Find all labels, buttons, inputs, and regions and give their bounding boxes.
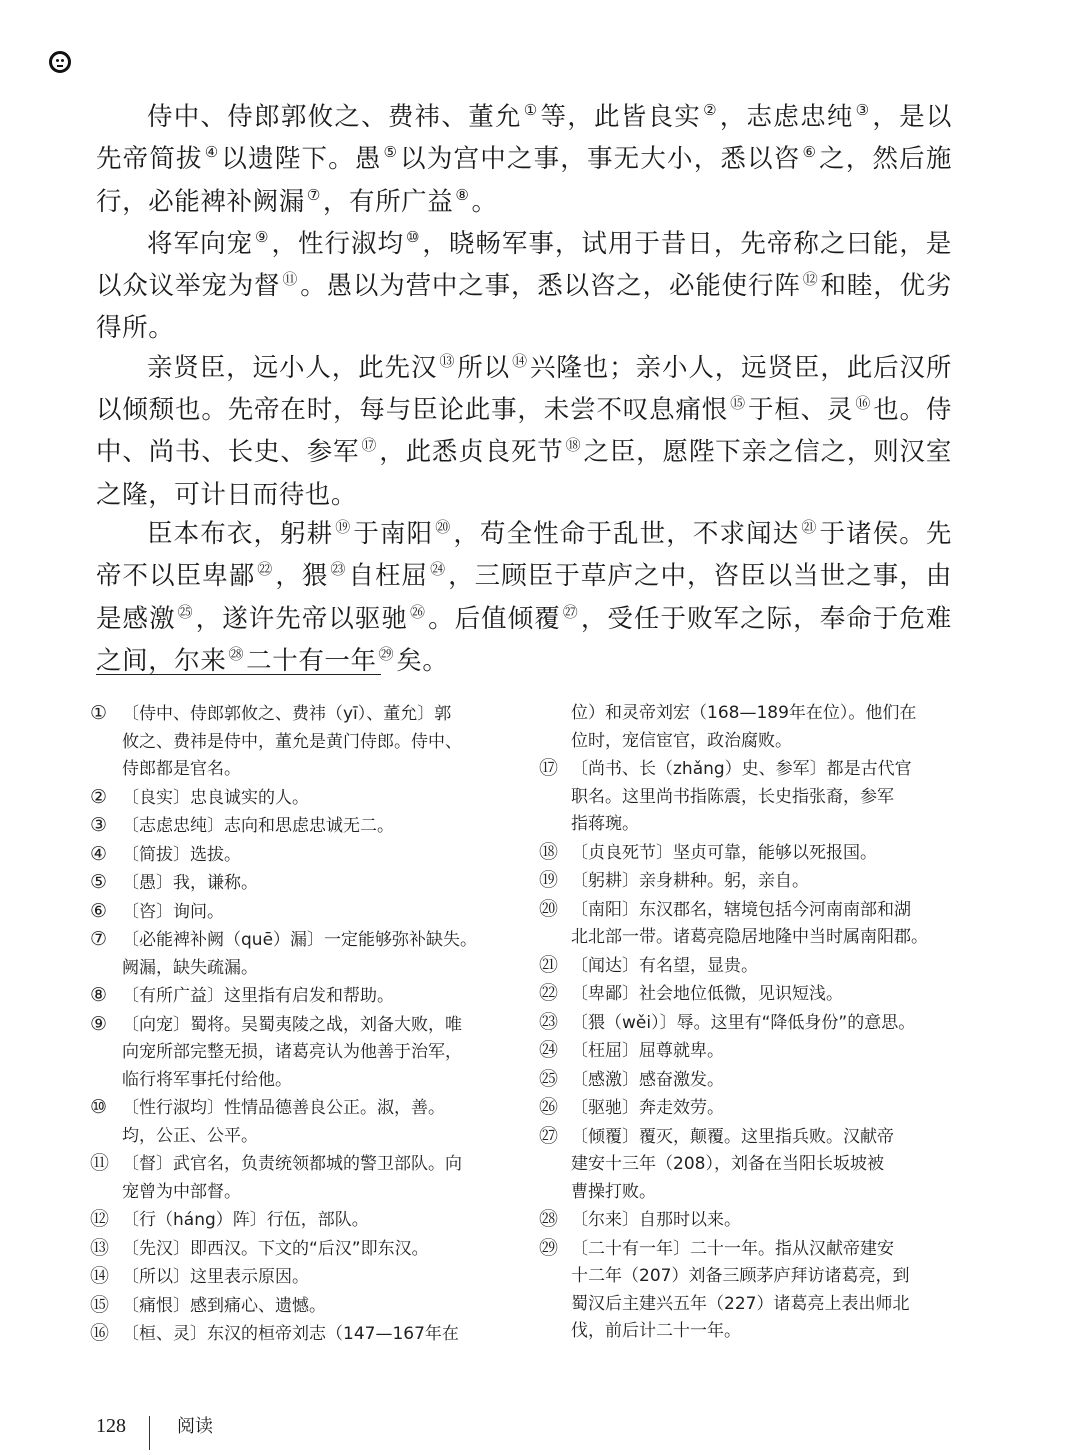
- footnote-text: 〔感激〕感奋激发。: [571, 1070, 724, 1090]
- footnote-continuation: 阙漏，缺失疏漏。: [90, 955, 510, 983]
- footnote-ref[interactable]: ⑲: [335, 518, 351, 536]
- footnote-text: 攸之、费祎是侍中，董允是黄门侍郎。侍中、: [122, 732, 462, 752]
- footnote-text: 〔卑鄙〕社会地位低微，见识短浅。: [571, 984, 843, 1004]
- footnote-ref[interactable]: ㉒: [257, 560, 273, 578]
- footnote-ref[interactable]: ⑮: [730, 394, 746, 412]
- footnote-ref[interactable]: ②: [703, 101, 718, 119]
- footnote-continuation: 伐，前后计二十一年。: [539, 1318, 959, 1346]
- paragraph: 侍中、侍郎郭攸之、费祎、董允①等，此皆良实②，志虑忠纯③，是以先帝简拔④以遗陛下…: [96, 98, 952, 225]
- paragraph: 臣本布衣，躬耕⑲于南阳⑳，苟全性命于乱世，不求闻达㉑于诸侯。先帝不以臣卑鄙㉒，猥…: [96, 515, 952, 684]
- footnote-ref[interactable]: ⑪: [282, 270, 298, 288]
- footnote-continuation: 宠曾为中部督。: [90, 1179, 510, 1207]
- footnote-text: 阙漏，缺失疏漏。: [122, 958, 258, 978]
- footnotes-right-column: 位）和灵帝刘宏（168—189年在位）。他们在位时，宠信宦官，政治腐败。⑰〔尚书…: [539, 700, 959, 1346]
- footnote-number: ⑲: [539, 867, 571, 895]
- footnote-item: ⑭〔所以〕这里表示原因。: [90, 1263, 510, 1292]
- footnote-text: 〔尚书、长（zhǎng）史、参军〕都是古代官: [571, 759, 912, 779]
- text-segment: 以为宫中之事，事无大小，悉以咨: [400, 144, 800, 174]
- footnote-continuation: 职名。这里尚书指陈震，长史指张裔，参军: [539, 784, 959, 812]
- footnote-number: ⑨: [90, 1011, 122, 1039]
- footnote-continuation: 曹操打败。: [539, 1179, 959, 1207]
- footnote-text: 〔躬耕〕亲身耕种。躬，亲自。: [571, 871, 809, 891]
- main-text: 侍中、侍郎郭攸之、费祎、董允①等，此皆良实②，志虑忠纯③，是以先帝简拔④以遗陛下…: [96, 98, 952, 684]
- footnote-text: 〔倾覆〕覆灭，颠覆。这里指兵败。汉献帝: [571, 1127, 894, 1147]
- footnote-text: 〔南阳〕东汉郡名，辖境包括今河南南部和湖: [571, 900, 911, 920]
- footnote-item: ⑯〔桓、灵〕东汉的桓帝刘志（147—167年在: [90, 1320, 510, 1349]
- footnote-text: 〔良实〕忠良诚实的人。: [122, 788, 309, 808]
- footnote-text: 十二年（207）刘备三顾茅庐拜访诸葛亮，到: [571, 1266, 909, 1286]
- text-segment: ，志虑忠纯: [720, 102, 854, 132]
- face-eye-left: [56, 59, 59, 62]
- footnote-text: 侍郎都是官名。: [122, 759, 241, 779]
- footnote-item: ⑤〔愚〕我，谦称。: [90, 869, 510, 898]
- text-segment: ，苟全性命于乱世，不求闻达: [453, 519, 799, 549]
- footnote-item: ㉕〔感激〕感奋激发。: [539, 1066, 959, 1095]
- footnote-item: ㉒〔卑鄙〕社会地位低微，见识短浅。: [539, 980, 959, 1009]
- footnote-ref[interactable]: ⑤: [384, 143, 399, 161]
- page-number: 128: [96, 1415, 126, 1438]
- footnote-text: 宠曾为中部督。: [122, 1182, 241, 1202]
- text-segment: 亲贤臣，远小人，此先汉: [147, 353, 437, 383]
- footnote-number: ⑬: [90, 1235, 122, 1263]
- footnote-item: ⑦〔必能裨补阙（quē）漏〕一定能够弥补缺失。: [90, 926, 510, 955]
- footnote-text: 〔必能裨补阙（quē）漏〕一定能够弥补缺失。: [122, 930, 477, 950]
- footnote-item: ㉙〔二十有一年〕二十一年。指从汉献帝建安: [539, 1235, 959, 1264]
- footnote-item: ②〔良实〕忠良诚实的人。: [90, 784, 510, 813]
- footnote-number: ⑤: [90, 869, 122, 897]
- footnote-text: 曹操打败。: [571, 1182, 656, 1202]
- footnote-number: ⑭: [90, 1263, 122, 1291]
- footnote-text: 〔闻达〕有名望，显贵。: [571, 956, 758, 976]
- footnote-number: ⑩: [90, 1094, 122, 1122]
- footnote-item: ⑪〔督〕武官名，负责统领都城的警卫部队。向: [90, 1150, 510, 1179]
- footnotes-left-column: ①〔侍中、侍郎郭攸之、费祎（yī）、董允〕郭攸之、费祎是侍中，董允是黄门侍郎。侍…: [90, 700, 510, 1349]
- footnote-text: 〔贞良死节〕坚贞可靠，能够以死报国。: [571, 843, 877, 863]
- footnote-text: 〔猥（wěi）〕辱。这里有“降低身份”的意思。: [571, 1013, 915, 1033]
- footnote-item: ㉗〔倾覆〕覆灭，颠覆。这里指兵败。汉献帝: [539, 1123, 959, 1152]
- footnote-text: 蜀汉后主建兴五年（227）诸葛亮上表出师北: [571, 1294, 909, 1314]
- footnote-item: ⑲〔躬耕〕亲身耕种。躬，亲自。: [539, 867, 959, 896]
- footnote-text: 伐，前后计二十一年。: [571, 1321, 741, 1341]
- text-segment: ，猥: [275, 561, 328, 591]
- footnote-number: ②: [90, 784, 122, 812]
- face-eye-right: [61, 59, 64, 62]
- footnote-item: 位）和灵帝刘宏（168—189年在位）。他们在: [539, 700, 959, 728]
- footnote-item: ㉘〔尔来〕自那时以来。: [539, 1206, 959, 1235]
- text-segment: ，性行淑均: [271, 229, 404, 259]
- footnote-ref[interactable]: ⑫: [803, 270, 819, 288]
- footnote-number: ⑪: [90, 1150, 122, 1178]
- text-segment: ，此悉贞良死节: [379, 437, 563, 467]
- footnote-ref[interactable]: ㉓: [330, 560, 346, 578]
- footnote-number: ⑯: [90, 1320, 122, 1348]
- footnote-text: 指蒋琬。: [571, 814, 639, 834]
- footnote-text: 〔愚〕我，谦称。: [122, 873, 258, 893]
- text-segment: 于南阳: [353, 519, 433, 549]
- footnote-text: 〔有所广益〕这里指有启发和帮助。: [122, 986, 394, 1006]
- footnote-number: ⑳: [539, 896, 571, 924]
- footnote-ref[interactable]: ⑬: [439, 352, 455, 370]
- text-segment: 矣。: [396, 646, 448, 676]
- footnote-item: ㉓〔猥（wěi）〕辱。这里有“降低身份”的意思。: [539, 1009, 959, 1038]
- text-segment: 。: [471, 187, 497, 217]
- footnote-text: 〔驱驰〕奔走效劳。: [571, 1098, 724, 1118]
- footnote-number: ⑮: [90, 1292, 122, 1320]
- text-segment: 侍中、侍郎郭攸之、费祎、董允: [147, 102, 522, 132]
- footnote-continuation: 位时，宠信宦官，政治腐败。: [539, 728, 959, 756]
- text-segment: 于桓、灵: [748, 395, 853, 425]
- footnote-continuation: 指蒋琬。: [539, 811, 959, 839]
- footnote-ref[interactable]: ⑦: [307, 186, 321, 204]
- footnote-text: 〔志虑忠纯〕志向和思虑忠诚无二。: [122, 816, 394, 836]
- text-segment: 自枉屈: [348, 561, 428, 591]
- footnote-number: ⑱: [539, 839, 571, 867]
- footnote-text: 位时，宠信宦官，政治腐败。: [571, 731, 792, 751]
- footnote-item: ⑥〔咨〕询问。: [90, 898, 510, 927]
- footnote-continuation: 十二年（207）刘备三顾茅庐拜访诸葛亮，到: [539, 1263, 959, 1291]
- footnote-ref[interactable]: ③: [856, 101, 871, 119]
- footnote-ref[interactable]: ①: [524, 101, 539, 119]
- footnote-continuation: 建安十三年（208），刘备在当阳长坂坡被: [539, 1151, 959, 1179]
- footnote-ref[interactable]: ⑨: [255, 228, 269, 246]
- footnote-item: ⑨〔向宠〕蜀将。吴蜀夷陵之战，刘备大败，唯: [90, 1011, 510, 1040]
- footnote-number: ㉘: [539, 1206, 571, 1234]
- footnote-divider: [96, 674, 381, 675]
- text-segment: 将军向宠: [147, 229, 253, 259]
- text-segment: ，遂许先帝以驱驰: [196, 604, 408, 634]
- text-segment: 臣本布衣，躬耕: [147, 519, 333, 549]
- footnote-item: ⑳〔南阳〕东汉郡名，辖境包括今河南南部和湖: [539, 896, 959, 925]
- footnote-continuation: 均，公正、公平。: [90, 1123, 510, 1151]
- page-footer: 128 阅读: [96, 1410, 213, 1444]
- footnote-text: 〔所以〕这里表示原因。: [122, 1267, 309, 1287]
- footnote-text: 〔枉屈〕屈尊就卑。: [571, 1041, 724, 1061]
- footnote-continuation: 蜀汉后主建兴五年（227）诸葛亮上表出师北: [539, 1291, 959, 1319]
- footnote-number: ㉓: [539, 1009, 571, 1037]
- footnote-ref[interactable]: ⑳: [435, 518, 451, 536]
- footnote-ref[interactable]: ㉙: [379, 645, 395, 663]
- footnote-text: 〔桓、灵〕东汉的桓帝刘志（147—167年在: [122, 1324, 459, 1344]
- footnote-ref[interactable]: ⑩: [406, 228, 420, 246]
- footnote-text: 〔先汉〕即西汉。下文的“后汉”即东汉。: [122, 1239, 429, 1259]
- footnote-number: ⑦: [90, 926, 122, 954]
- footnote-text: 〔向宠〕蜀将。吴蜀夷陵之战，刘备大败，唯: [122, 1015, 462, 1035]
- text-segment: 以遗陛下。愚: [221, 144, 381, 174]
- footnote-text: 〔简拔〕选拔。: [122, 845, 241, 865]
- footnote-number: ㉗: [539, 1123, 571, 1151]
- footnote-item: ⑱〔贞良死节〕坚贞可靠，能够以死报国。: [539, 839, 959, 868]
- footnote-number: ⑥: [90, 898, 122, 926]
- footnote-text: 〔咨〕询问。: [122, 902, 224, 922]
- footnote-item: ④〔简拔〕选拔。: [90, 841, 510, 870]
- footnote-item: ③〔志虑忠纯〕志向和思虑忠诚无二。: [90, 812, 510, 841]
- footnote-ref[interactable]: ㉗: [563, 603, 579, 621]
- footnote-text: 〔侍中、侍郎郭攸之、费祎（yī）、董允〕郭: [122, 704, 451, 724]
- footnote-ref[interactable]: ㉘: [229, 645, 245, 663]
- footer-divider: [149, 1416, 150, 1450]
- footnote-number: ⑧: [90, 982, 122, 1010]
- footnote-number: ⑫: [90, 1206, 122, 1234]
- footnote-ref[interactable]: ④: [205, 143, 220, 161]
- face-mouth: [57, 65, 63, 67]
- text-segment: 。后值倾覆: [428, 604, 561, 634]
- footnote-number: ④: [90, 841, 122, 869]
- footnote-item: ①〔侍中、侍郎郭攸之、费祎（yī）、董允〕郭: [90, 700, 510, 729]
- footnote-continuation: 向宠所部完整无损，诸葛亮认为他善于治军，: [90, 1039, 510, 1067]
- footnote-item: ⑬〔先汉〕即西汉。下文的“后汉”即东汉。: [90, 1235, 510, 1264]
- footnote-ref[interactable]: ㉕: [178, 603, 194, 621]
- footnote-continuation: 侍郎都是官名。: [90, 756, 510, 784]
- footnote-ref[interactable]: ㉖: [410, 603, 426, 621]
- footnote-text: 〔尔来〕自那时以来。: [571, 1210, 741, 1230]
- footnote-ref[interactable]: ⑧: [455, 186, 469, 204]
- footnote-number: ㉖: [539, 1094, 571, 1122]
- footnote-item: ⑫〔行（háng）阵〕行伍，部队。: [90, 1206, 510, 1235]
- footnote-text: 〔痛恨〕感到痛心、遗憾。: [122, 1296, 326, 1316]
- text-segment: 二十有一年: [246, 646, 377, 676]
- footnote-text: 〔性行淑均〕性情品德善良公正。淑，善。: [122, 1098, 445, 1118]
- footnote-continuation: 临行将军事托付给他。: [90, 1067, 510, 1095]
- footnote-continuation: 攸之、费祎是侍中，董允是黄门侍郎。侍中、: [90, 729, 510, 757]
- footnote-number: ㉙: [539, 1235, 571, 1263]
- footnote-text: 职名。这里尚书指陈震，长史指张裔，参军: [571, 787, 894, 807]
- footnote-ref[interactable]: ⑱: [566, 436, 582, 454]
- footnote-number: ③: [90, 812, 122, 840]
- footnote-number: ㉑: [539, 952, 571, 980]
- footnote-ref[interactable]: ㉔: [430, 560, 446, 578]
- footnote-number: ㉕: [539, 1066, 571, 1094]
- footnote-text: 均，公正、公平。: [122, 1126, 258, 1146]
- footnote-continuation: 北北部一带。诸葛亮隐居地隆中当时属南阳郡。: [539, 924, 959, 952]
- section-label: 阅读: [177, 1412, 213, 1438]
- footnote-item: ㉑〔闻达〕有名望，显贵。: [539, 952, 959, 981]
- footnote-ref[interactable]: ⑥: [802, 143, 817, 161]
- footnote-text: 〔行（háng）阵〕行伍，部队。: [122, 1210, 369, 1230]
- footnote-text: 向宠所部完整无损，诸葛亮认为他善于治军，: [122, 1042, 462, 1062]
- text-segment: 。愚以为营中之事，悉以咨之，必能使行阵: [300, 271, 800, 301]
- footnote-text: 建安十三年（208），刘备在当阳长坂坡被: [571, 1154, 884, 1174]
- footnote-number: ㉒: [539, 980, 571, 1008]
- footnote-number: ①: [90, 700, 122, 728]
- footnote-item: ⑩〔性行淑均〕性情品德善良公正。淑，善。: [90, 1094, 510, 1123]
- footnote-item: ⑰〔尚书、长（zhǎng）史、参军〕都是古代官: [539, 755, 959, 784]
- footnote-ref[interactable]: ㉑: [801, 518, 817, 536]
- paragraph: 亲贤臣，远小人，此先汉⑬所以⑭兴隆也；亲小人，远贤臣，此后汉所以倾颓也。先帝在时…: [96, 349, 952, 515]
- footnote-text: 〔督〕武官名，负责统领都城的警卫部队。向: [122, 1154, 462, 1174]
- footnote-ref[interactable]: ⑯: [855, 394, 871, 412]
- footnote-item: ㉔〔枉屈〕屈尊就卑。: [539, 1037, 959, 1066]
- text-segment: 等，此皆良实: [540, 102, 701, 132]
- neutral-face-icon: [49, 51, 71, 73]
- footnote-text: 临行将军事托付给他。: [122, 1070, 292, 1090]
- footnote-text: 北北部一带。诸葛亮隐居地隆中当时属南阳郡。: [571, 927, 928, 947]
- footnote-number: ⑰: [539, 755, 571, 783]
- footnote-item: ⑮〔痛恨〕感到痛心、遗憾。: [90, 1292, 510, 1321]
- paragraph: 将军向宠⑨，性行淑均⑩，晓畅军事，试用于昔日，先帝称之曰能，是以众议举宠为督⑪。…: [96, 225, 952, 349]
- text-segment: ，有所广益: [323, 187, 454, 217]
- footnote-ref[interactable]: ⑰: [361, 436, 377, 454]
- footnote-number: ㉔: [539, 1037, 571, 1065]
- footnote-item: ㉖〔驱驰〕奔走效劳。: [539, 1094, 959, 1123]
- footnote-text: 位）和灵帝刘宏（168—189年在位）。他们在: [571, 703, 916, 723]
- text-segment: 所以: [457, 353, 510, 383]
- footnote-item: ⑧〔有所广益〕这里指有启发和帮助。: [90, 982, 510, 1011]
- footnote-text: 〔二十有一年〕二十一年。指从汉献帝建安: [571, 1239, 894, 1259]
- footnote-ref[interactable]: ⑭: [512, 352, 528, 370]
